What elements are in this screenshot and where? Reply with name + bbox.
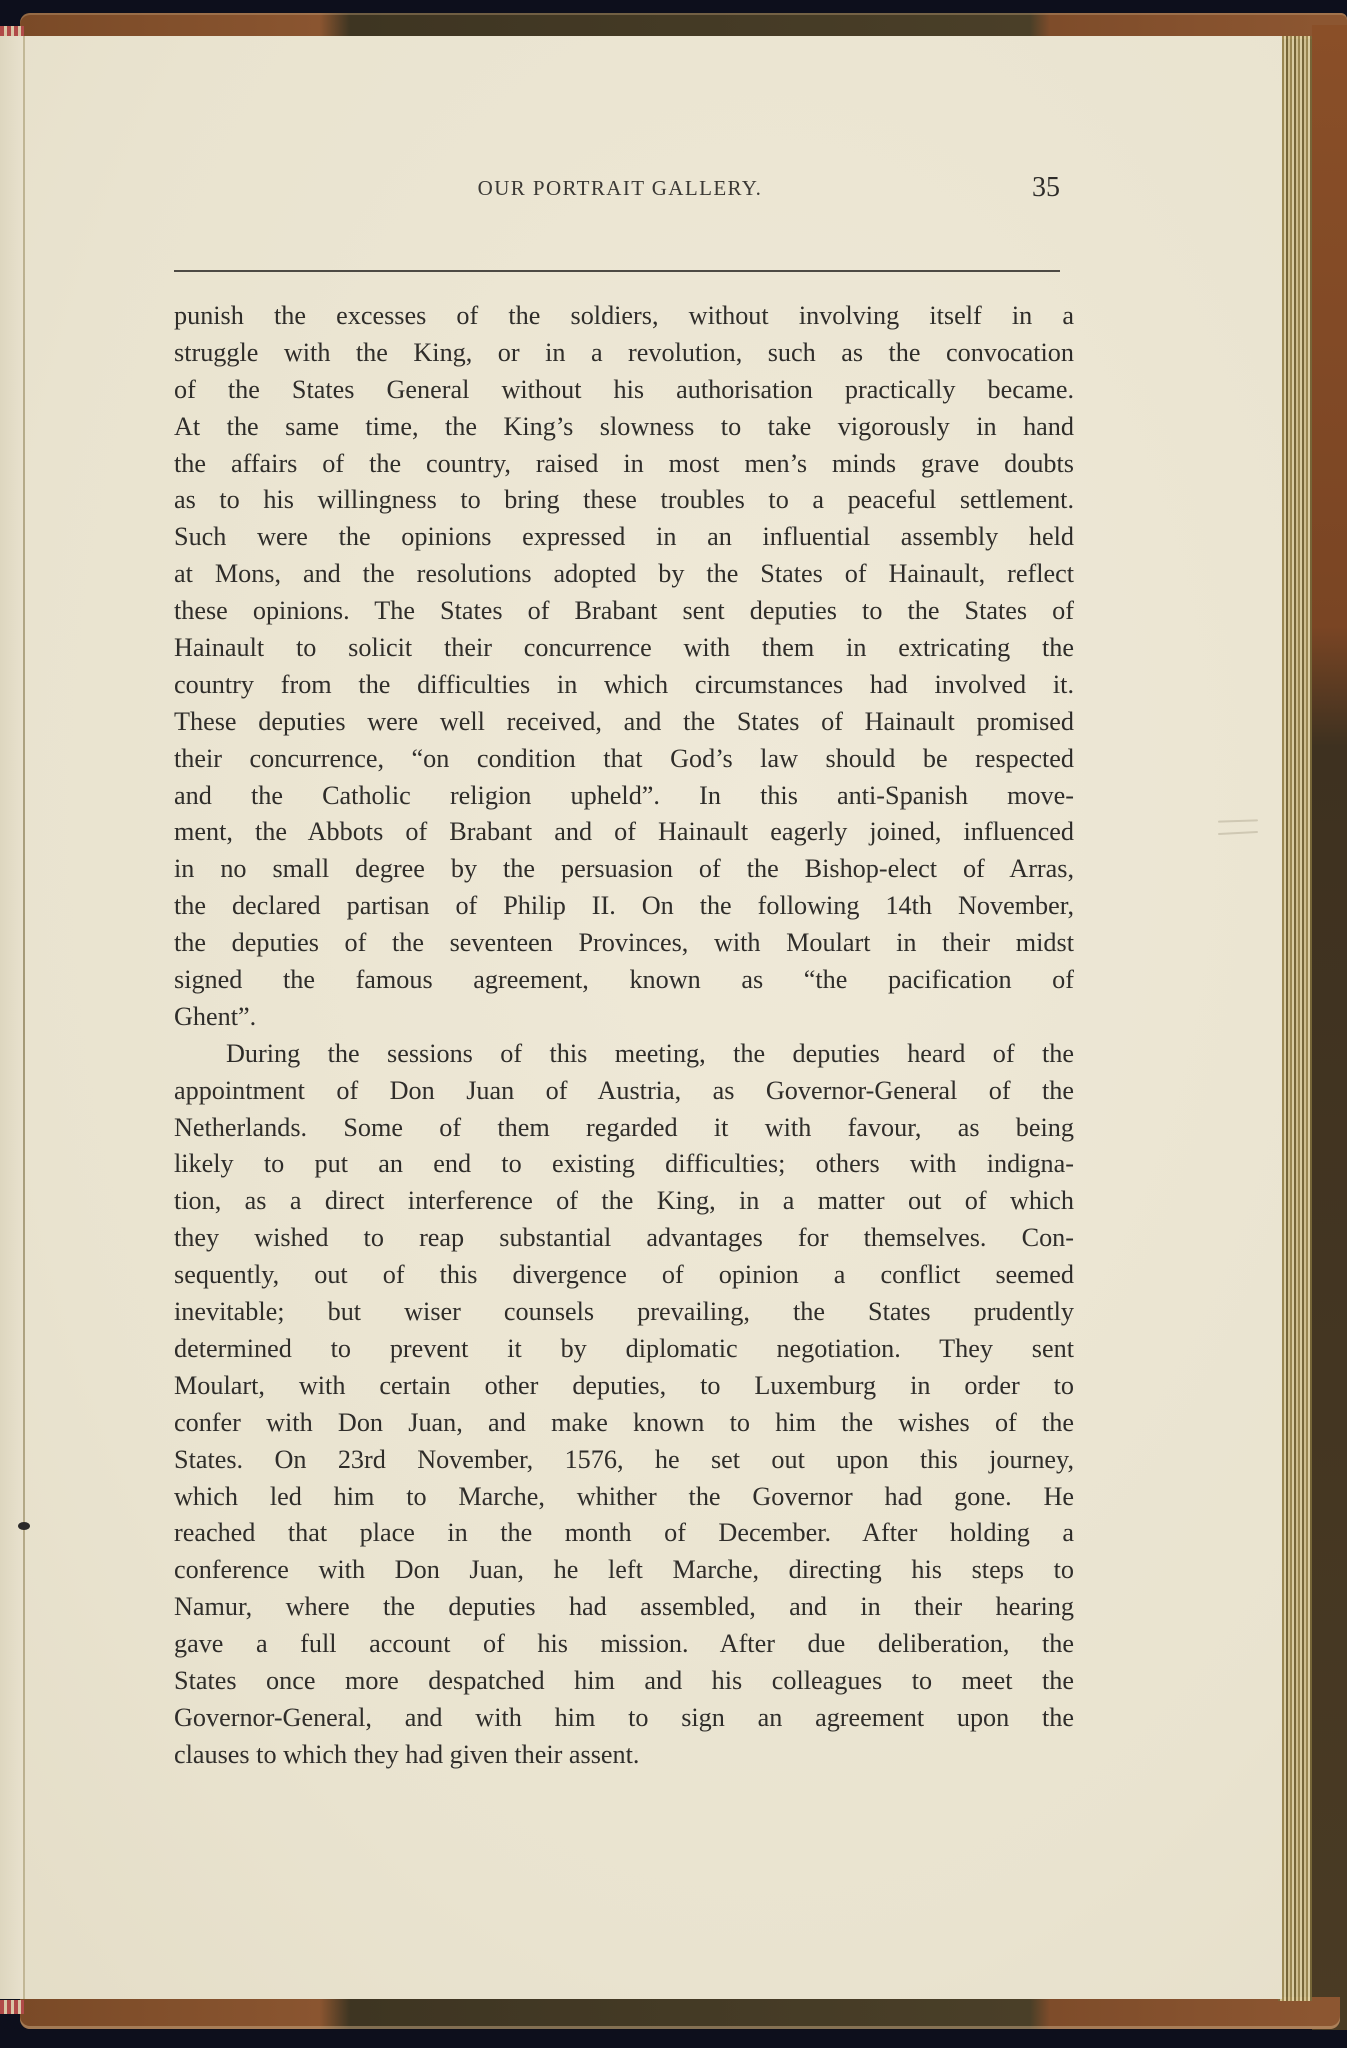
- text-line: likely to put an end to existing difficu…: [174, 1146, 1074, 1183]
- header-rule: [174, 270, 1060, 272]
- paragraph-2: During the sessions of this meeting, the…: [174, 1036, 1074, 1774]
- text-line: of the States General without his author…: [174, 372, 1074, 409]
- paper-crease-mark: [1218, 819, 1258, 822]
- text-line: the deputies of the seventeen Provinces,…: [174, 925, 1074, 962]
- running-header: OUR PORTRAIT GALLERY. 35: [174, 172, 1060, 212]
- text-line: tion, as a direct interference of the Ki…: [174, 1183, 1074, 1220]
- text-line: at Mons, and the resolutions adopted by …: [174, 556, 1074, 593]
- text-line: States once more despatched him and his …: [174, 1663, 1074, 1700]
- text-line: the affairs of the country, raised in mo…: [174, 446, 1074, 483]
- text-line: Governor-General, and with him to sign a…: [174, 1700, 1074, 1737]
- text-line: Hainault to solicit their concurrence wi…: [174, 630, 1074, 667]
- text-line: sequently, out of this divergence of opi…: [174, 1257, 1074, 1294]
- gutter-shadow: [0, 36, 23, 1999]
- text-line: conference with Don Juan, he left Marche…: [174, 1552, 1074, 1589]
- page-number: 35: [1032, 172, 1060, 204]
- book-cover-right-edge: [1312, 25, 1347, 2030]
- text-line: these opinions. The States of Brabant se…: [174, 593, 1074, 630]
- text-line: ment, the Abbots of Brabant and of Haina…: [174, 814, 1074, 851]
- page-fore-edge: [1278, 36, 1312, 2001]
- text-line: Netherlands. Some of them regarded it wi…: [174, 1110, 1074, 1147]
- text-line: Ghent”.: [174, 999, 1074, 1036]
- text-line: appointment of Don Juan of Austria, as G…: [174, 1073, 1074, 1110]
- text-line: During the sessions of this meeting, the…: [174, 1036, 1074, 1073]
- text-line: Namur, where the deputies had assembled,…: [174, 1589, 1074, 1626]
- text-line: signed the famous agreement, known as “t…: [174, 962, 1074, 999]
- text-line: struggle with the King, or in a revoluti…: [174, 335, 1074, 372]
- text-line: Such were the opinions expressed in an i…: [174, 519, 1074, 556]
- text-line: clauses to which they had given their as…: [174, 1737, 1074, 1774]
- text-line: States. On 23rd November, 1576, he set o…: [174, 1442, 1074, 1479]
- text-line: determined to prevent it by diplomatic n…: [174, 1331, 1074, 1368]
- text-line: country from the difficulties in which c…: [174, 667, 1074, 704]
- headband-bottom: [0, 2000, 24, 2014]
- text-line: and the Catholic religion upheld”. In th…: [174, 778, 1074, 815]
- book-cover-bottom-edge: [20, 1997, 1340, 2029]
- text-line: they wished to reap substantial advantag…: [174, 1220, 1074, 1257]
- text-line: At the same time, the King’s slowness to…: [174, 409, 1074, 446]
- text-line: as to his willingness to bring these tro…: [174, 482, 1074, 519]
- text-line: punish the excesses of the soldiers, wit…: [174, 298, 1074, 335]
- text-line: These deputies were well received, and t…: [174, 704, 1074, 741]
- text-line: in no small degree by the persuasion of …: [174, 851, 1074, 888]
- paragraph-1: punish the excesses of the soldiers, wit…: [174, 298, 1074, 1036]
- paper-crease-mark: [1218, 831, 1258, 835]
- body-text: punish the excesses of the soldiers, wit…: [174, 298, 1074, 1774]
- text-line: inevitable; but wiser counsels prevailin…: [174, 1294, 1074, 1331]
- binding-thread-mark: [18, 1522, 30, 1530]
- gutter-fold: [23, 36, 25, 1999]
- text-line: Moulart, with certain other deputies, to…: [174, 1368, 1074, 1405]
- text-line: gave a full account of his mission. Afte…: [174, 1626, 1074, 1663]
- text-line: the declared partisan of Philip II. On t…: [174, 888, 1074, 925]
- running-title: OUR PORTRAIT GALLERY.: [174, 176, 1060, 201]
- text-line: reached that place in the month of Decem…: [174, 1515, 1074, 1552]
- text-line: which led him to Marche, whither the Gov…: [174, 1479, 1074, 1516]
- text-line: confer with Don Juan, and make known to …: [174, 1405, 1074, 1442]
- text-line: their concurrence, “on condition that Go…: [174, 741, 1074, 778]
